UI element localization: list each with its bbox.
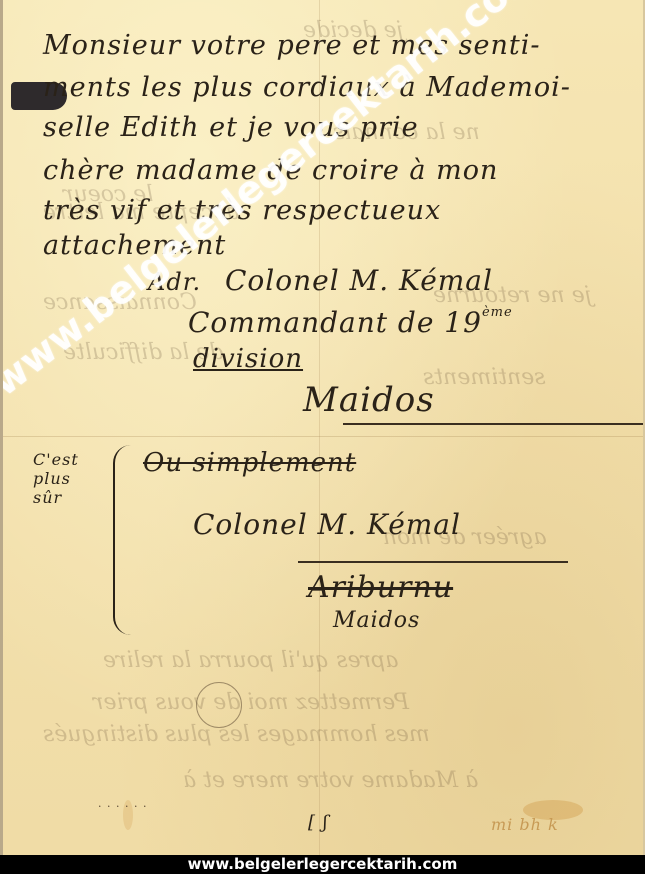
bleed-through-text: sentiments: [423, 365, 546, 390]
letter-line: Monsieur votre pere et mes senti-: [43, 30, 540, 61]
archive-mark-left: · · · · · ·: [98, 800, 147, 813]
bleed-through-text: à Madame votre mere et à: [183, 768, 478, 793]
pencil-circle-mark: [196, 682, 242, 728]
address-prefix: Adr.: [148, 268, 201, 296]
letter-line: très vif et très respectueux: [43, 195, 441, 226]
bleed-through-text: mes hommages les plus distingués: [43, 722, 430, 747]
letter-line: selle Edith et je vous prie: [43, 112, 419, 143]
bleed-through-text: apres qu'il pourra la relire: [103, 648, 398, 673]
footer-banner: www.belgelerlegercektarih.com: [0, 855, 645, 874]
letter-line: ments les plus cordiaux à Mademoi-: [43, 72, 571, 103]
address-command-suffix: ème: [482, 305, 513, 320]
underline: [343, 423, 643, 425]
archive-mark-center: [ ʃ: [308, 812, 329, 833]
address-command-text: Commandant de 19: [188, 306, 482, 339]
address-place: Maidos: [303, 380, 435, 420]
address-name: Colonel M. Kémal: [225, 264, 493, 297]
address-command: Commandant de 19ème: [188, 305, 513, 339]
alt-address-intro: Ou simplement: [143, 448, 356, 478]
archive-mark-right: mi bh k: [491, 815, 559, 834]
alt-address-place-struck: Ariburnu: [308, 570, 453, 605]
alt-address-name: Colonel M. Kémal: [193, 508, 461, 541]
address-division: division: [193, 344, 303, 374]
horizontal-fold-line: [3, 436, 645, 437]
letter-line: attachement: [43, 230, 226, 261]
letter-page: je decide ne la connais le coeur accepte…: [0, 0, 645, 855]
bleed-through-text: Permettez moi de vous prier: [93, 690, 409, 715]
brace-mark: [113, 445, 137, 635]
underline: [298, 561, 568, 563]
letter-line: chère madame de croire à mon: [43, 155, 498, 186]
margin-note: C'est plus sûr: [33, 450, 79, 507]
alt-address-place: Maidos: [333, 608, 420, 633]
